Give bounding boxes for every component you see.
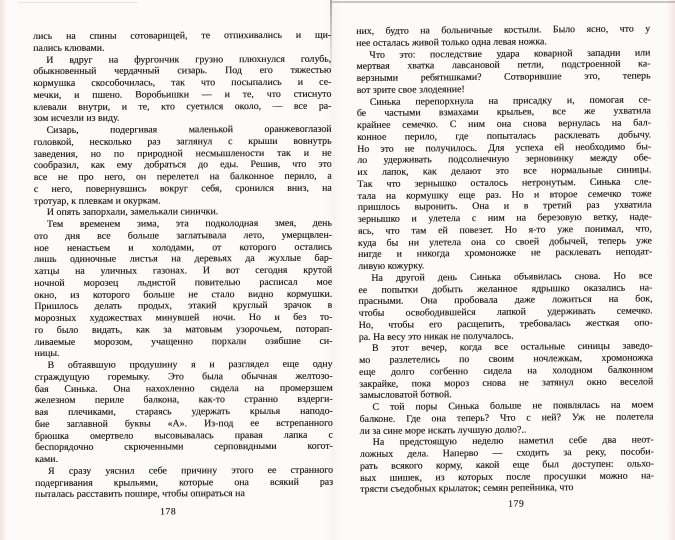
scan-artifact-top-edge-left [18,2,138,3]
text-line: лись на спины сотоварищей, те отпихивали… [33,30,331,43]
text-line: мечки, и пшено. Воробьишки — и те, что с… [33,88,331,101]
scan-artifact-top-edge-right [332,1,675,3]
page-right-text: них, будто на больничные костыли. Было я… [356,23,654,496]
text-line: ночной морозец льдистой повителью распис… [34,276,332,289]
text-line: беспорядочно скрюченными серповидными ко… [35,441,333,454]
text-line: страждущую горемыку. Это была обычная же… [34,370,332,383]
book-edge-tint-left [0,0,7,540]
page-number-right: 179 [369,497,663,511]
text-line: вая плечиками, стараясь удержать крылья … [35,406,333,419]
book-spread: лись на спины сотоварищей, те отпихивали… [0,0,675,540]
text-line: кормушка скособочилась, так что посыпали… [33,77,331,90]
page-left-text: лись на спины сотоварищей, те отпихивали… [33,30,333,501]
page-left: лись на спины сотоварищей, те отпихивали… [33,30,333,518]
text-line: головкой, несколько раз заглянул с крыши… [33,135,331,148]
text-line: Я сразу уяснил себе причину этого ее стр… [35,464,333,477]
page-number-left: 178 [19,506,317,518]
text-line: ливаемые морозом, учащенно порхали озябш… [34,335,332,348]
book-edge-tint-right [666,0,675,540]
text-line: хатцы на уличных газонах. И вот сегодня … [34,265,332,278]
text-line: Сизарь, подергивая маленькой оранжевогла… [33,124,331,137]
text-line: с него, повернувшись вокруг себя, сронил… [34,182,332,195]
text-line: го было видать, как за матовым узорочьем… [34,323,332,336]
text-line: В обтаявшую продушину я и разглядел еще … [34,359,332,372]
text-line: трясти съедобных крылаток; семян репейни… [360,482,654,496]
text-line: подергивания крыльями, которые она всяки… [35,476,333,489]
page-right: них, будто на больничные костыли. Было я… [356,23,654,511]
text-line: все не про него, он перелетел на балконн… [34,171,332,184]
text-line: пыталась расставить пошире, чтобы опират… [35,488,333,501]
text-line: ото дня все больше заглатывала лето, уме… [34,229,332,242]
text-line: бие заглавной буквы «А». Из-под ее встре… [35,417,333,430]
text-line: морозных художествах минувшей ночи. Но и… [34,312,332,325]
text-line: Тем временем зима, эта подколодная змея,… [34,218,332,231]
text-line: клевали внутри, и те, кто суетился около… [33,100,331,113]
